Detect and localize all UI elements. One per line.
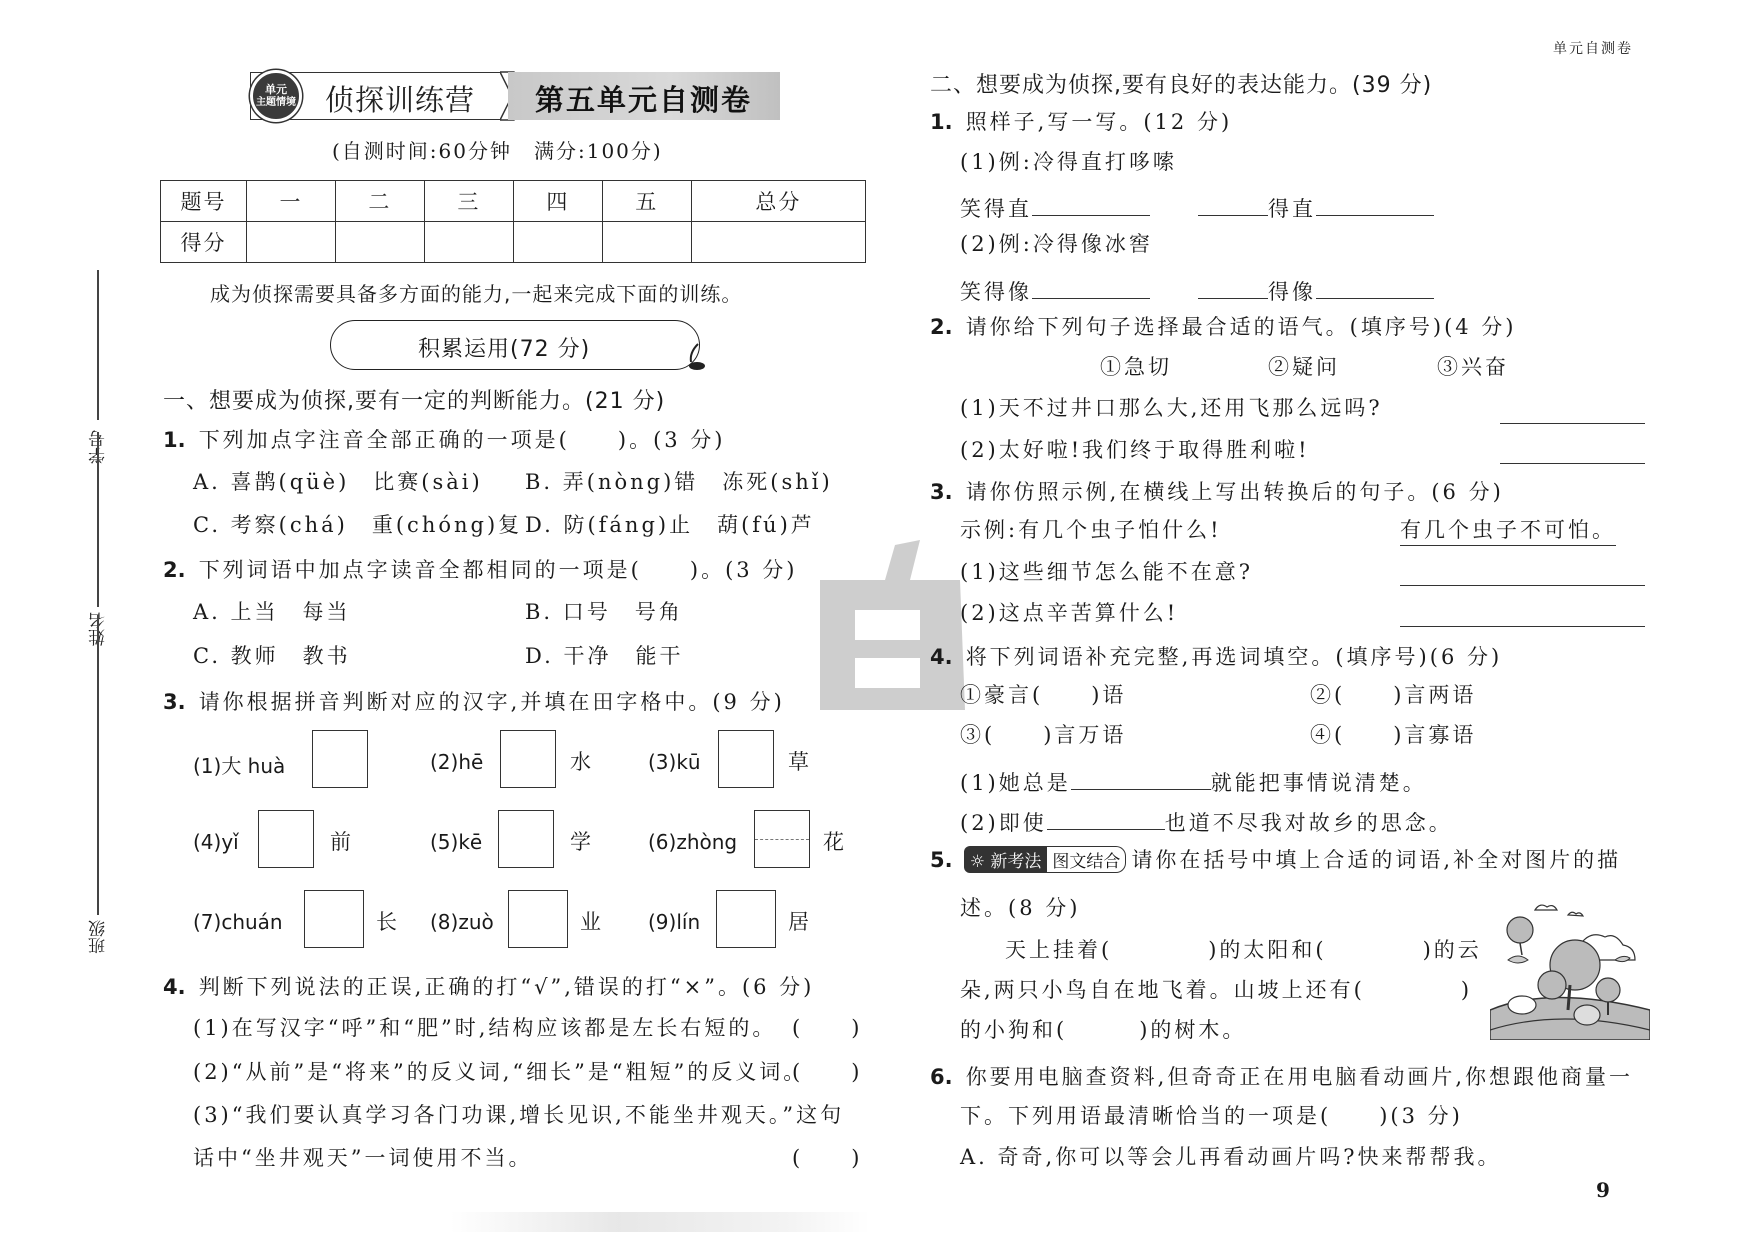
pinyin-item-7-suffix: 长: [376, 912, 400, 933]
pinyin-item-6: (6)zhòng: [648, 830, 737, 854]
p2-q2: 2. 请你给下列句子选择最合适的语气。(填序号)(4 分): [930, 315, 1517, 339]
question-number: 3.: [930, 480, 953, 504]
question-number: 1.: [163, 428, 186, 452]
pinyin-item-3-suffix: 草: [788, 752, 812, 773]
score-table-score-row: 得分: [161, 222, 866, 263]
score-header-cell: 二: [335, 181, 424, 222]
p1-q4-answer-2[interactable]: ( ): [792, 1062, 862, 1083]
pinyin-item-8: (8)zuò: [430, 910, 494, 934]
p2-q1-fill-row-2: 笑得像得像: [960, 275, 1434, 303]
p2-q2-answer-1[interactable]: [1500, 400, 1645, 424]
running-head: 单元自测卷: [1553, 38, 1633, 58]
p2-q6: 6. 你要用电脑查资料,但奇奇正在用电脑看动画片,你想跟他商量一: [930, 1065, 1633, 1089]
tianzi-box-4[interactable]: [258, 810, 314, 868]
p2-q5-para-1: 天上挂着( )的太阳和( )的云: [1005, 940, 1482, 961]
p2-q5-para-2: 朵,两只小鸟自在地飞着。山坡上还有( ): [960, 980, 1472, 1001]
tianzi-box-6[interactable]: [754, 810, 810, 868]
score-header-cell: 总分: [691, 181, 865, 222]
question-text: 请你仿照示例,在横线上写出转换后的句子。(6 分): [966, 480, 1504, 504]
pinyin-item-2: (2)hē: [430, 750, 483, 774]
p2-q5-text-cont: 述。(8 分): [960, 898, 1080, 919]
pinyin-item-6-suffix: 花: [823, 832, 847, 853]
p2-q1-fill-row-1: 笑得直得直: [960, 192, 1434, 220]
pinyin-item-4-suffix: 前: [330, 832, 354, 853]
question-number: 2.: [163, 558, 186, 582]
pinyin-item-9-suffix: 居: [788, 912, 812, 933]
score-table: 题号 一 二 三 四 五 总分 得分: [160, 180, 866, 263]
badge-line2: 主题情境: [253, 96, 299, 109]
exam-subtitle: (自测时间:60分钟 满分:100分): [332, 141, 663, 161]
tianzi-box-5[interactable]: [498, 810, 554, 868]
idiom-1[interactable]: ①豪言( )语: [960, 685, 1126, 706]
p2-q1-example-2: (2)例:冷得像冰窖: [960, 234, 1153, 255]
p2-q3-answer-1[interactable]: [1400, 562, 1645, 586]
question-text: 判断下列说法的正误,正确的打“√”,错误的打“×”。(6 分): [199, 975, 815, 999]
fill-blank[interactable]: [1032, 192, 1150, 216]
p1-q3: 3. 请你根据拼音判断对应的汉字,并填在田字格中。(9 分): [163, 690, 785, 714]
tone-choice-1: ①急切: [1100, 357, 1172, 378]
score-header-cell: 一: [247, 181, 336, 222]
score-cell[interactable]: [513, 222, 602, 263]
section-pill-label: 积累运用(72 分): [418, 332, 590, 363]
p2-q6-text-cont: 下。下列用语最清晰恰当的一项是( )(3 分): [960, 1106, 1463, 1127]
p2-q5: 5. ☼ 新考法图文结合 请你在括号中填上合适的词语,补全对图片的描: [930, 846, 1621, 873]
p2-q3: 3. 请你仿照示例,在横线上写出转换后的句子。(6 分): [930, 480, 1504, 504]
score-header-cell: 三: [424, 181, 513, 222]
name-line[interactable]: [97, 432, 99, 607]
tianzi-box-3[interactable]: [718, 730, 774, 788]
class-label: 班级: [86, 920, 111, 954]
question-number: 4.: [930, 645, 953, 669]
badge-line1: 单元: [253, 83, 299, 96]
question-number: 6.: [930, 1065, 953, 1089]
quill-icon: [682, 342, 708, 372]
idiom-4[interactable]: ④( )言寡语: [1310, 725, 1476, 746]
pinyin-item-9: (9)lín: [648, 910, 700, 934]
p2-q4-sentence-1: (1)她总是就能把事情说清楚。: [960, 766, 1427, 794]
pinyin-item-2-suffix: 水: [570, 752, 594, 773]
intro-text: 成为侦探需要具备多方面的能力,一起来完成下面的训练。: [210, 278, 742, 307]
p1-q1: 1. 下列加点字注音全部正确的一项是( )。(3 分): [163, 428, 726, 452]
sentence-prefix: (2)即使: [960, 811, 1047, 835]
p2-q3-answer-2[interactable]: [1400, 603, 1645, 627]
question-number: 1.: [930, 110, 953, 134]
fill-blank[interactable]: [1198, 275, 1268, 299]
p1-q1-option-d[interactable]: D. 防(fáng)止 葫(fú)芦: [525, 515, 815, 536]
p1-q1-option-b[interactable]: B. 弄(nòng)错 冻死(shǐ): [525, 472, 833, 493]
idiom-2[interactable]: ②( )言两语: [1310, 685, 1476, 706]
sentence-suffix: 也道不尽我对故乡的思念。: [1165, 811, 1453, 835]
score-cell[interactable]: [247, 222, 336, 263]
fill-prefix: 笑得像: [960, 280, 1032, 304]
scan-shadow: [450, 1212, 870, 1232]
p1-q2-option-c[interactable]: C. 教师 教书: [193, 646, 351, 667]
score-row-label: 得分: [161, 222, 247, 263]
page-number: 9: [1596, 1178, 1610, 1202]
question-text: 将下列词语补充完整,再选词填空。(填序号)(6 分): [966, 645, 1502, 669]
class-line[interactable]: [97, 615, 99, 915]
pinyin-item-8-suffix: 业: [580, 912, 604, 933]
p1-q4-answer-3[interactable]: ( ): [792, 1148, 862, 1169]
p1-q4: 4. 判断下列说法的正误,正确的打“√”,错误的打“×”。(6 分): [163, 975, 814, 999]
score-cell[interactable]: [602, 222, 691, 263]
fill-middle: 得直: [1268, 197, 1316, 221]
student-id-label: 学号: [86, 430, 111, 464]
pinyin-item-7: (7)chuán: [193, 910, 283, 934]
fill-middle: 得像: [1268, 280, 1316, 304]
idiom-3[interactable]: ③( )言万语: [960, 725, 1126, 746]
p2-q2-item-2: (2)太好啦!我们终于取得胜利啦!: [960, 440, 1310, 461]
pinyin-item-3: (3)kū: [648, 750, 701, 774]
tianzi-box-2[interactable]: [500, 730, 556, 788]
pinyin-item-1: (1)大 huà: [193, 750, 285, 779]
question-text: 下列词语中加点字读音全都相同的一项是( )。(3 分): [199, 558, 798, 582]
p1-q2-option-d[interactable]: D. 干净 能干: [525, 646, 683, 667]
tag-new-method: 新考法: [990, 852, 1041, 872]
lightbulb-icon-tag: ☼ 新考法: [964, 846, 1048, 873]
part2-heading: 二、想要成为侦探,要有良好的表达能力。(39 分): [930, 68, 1432, 99]
fill-blank[interactable]: [1071, 766, 1211, 790]
tone-choice-2: ②疑问: [1268, 357, 1340, 378]
score-header-cell: 题号: [161, 181, 247, 222]
score-cell[interactable]: [335, 222, 424, 263]
score-header-cell: 五: [602, 181, 691, 222]
fill-blank[interactable]: [1198, 192, 1268, 216]
p1-q2-option-a[interactable]: A. 上当 每当: [193, 602, 351, 623]
p1-q4-item-3-cont: 话中“坐井观天”一词使用不当。: [193, 1148, 532, 1169]
question-number: 5.: [930, 848, 953, 872]
p2-q1-example-1: (1)例:冷得直打哆嗦: [960, 152, 1177, 173]
pinyin-item-4: (4)yǐ: [193, 830, 239, 854]
fill-blank[interactable]: [1047, 806, 1165, 830]
p2-q3-item-1: (1)这些细节怎么能不在意?: [960, 562, 1253, 583]
question-number: 2.: [930, 315, 953, 339]
hillside-illustration: [1490, 890, 1650, 1040]
tianzi-box-7[interactable]: [304, 890, 364, 948]
p1-q4-answer-1[interactable]: ( ): [792, 1018, 862, 1039]
p1-q4-item-2: (2)“从前”是“将来”的反义词,“细长”是“粗短”的反义词。: [193, 1062, 807, 1083]
theme-title: 侦探训练营: [325, 78, 475, 119]
sentence-prefix: (1)她总是: [960, 771, 1071, 795]
question-text: 请你给下列句子选择最合适的语气。(填序号)(4 分): [966, 315, 1517, 339]
tianzi-box-8[interactable]: [508, 890, 568, 948]
student-id-line[interactable]: [97, 270, 99, 420]
name-label: 姓名: [86, 612, 111, 646]
fill-blank[interactable]: [1316, 275, 1434, 299]
question-text: 请你根据拼音判断对应的汉字,并填在田字格中。(9 分): [199, 690, 785, 714]
score-cell[interactable]: [424, 222, 513, 263]
tianzi-box-9[interactable]: [716, 890, 776, 948]
p2-q3-item-2: (2)这点辛苦算什么!: [960, 603, 1178, 624]
fill-blank[interactable]: [1032, 275, 1150, 299]
part1-heading: 一、想要成为侦探,要有一定的判断能力。(21 分): [163, 384, 665, 415]
p2-q2-answer-2[interactable]: [1500, 440, 1645, 464]
score-header-cell: 四: [513, 181, 602, 222]
fill-blank[interactable]: [1316, 192, 1434, 216]
sentence-suffix: 就能把事情说清楚。: [1211, 771, 1427, 795]
pinyin-item-5-suffix: 学: [570, 832, 594, 853]
fill-prefix: 笑得直: [960, 197, 1032, 221]
new-method-tag: ☼ 新考法图文结合: [964, 852, 1127, 871]
unit-theme-badge: 单元 主题情境: [250, 70, 302, 122]
p2-q1: 1. 照样子,写一写。(12 分): [930, 110, 1232, 134]
question-text: 下列加点字注音全部正确的一项是( )。(3 分): [199, 428, 726, 452]
p2-q5-para-3: 的小狗和( )的树木。: [960, 1020, 1246, 1041]
score-cell[interactable]: [691, 222, 865, 263]
p2-q3-example: 示例:有几个虫子怕什么!: [960, 520, 1222, 541]
score-table-header-row: 题号 一 二 三 四 五 总分: [161, 181, 866, 222]
watermark-icon: [800, 540, 970, 720]
question-text: 照样子,写一写。(12 分): [966, 110, 1232, 134]
pinyin-item-5: (5)kē: [430, 830, 482, 854]
question-number: 4.: [163, 975, 186, 999]
question-number: 3.: [163, 690, 186, 714]
question-text: 请你在括号中填上合适的词语,补全对图片的描: [1131, 848, 1621, 872]
tianzi-box-1[interactable]: [312, 730, 368, 788]
tone-choice-3: ③兴奋: [1437, 357, 1509, 378]
p1-q1-option-c[interactable]: C. 考察(chá) 重(chóng)复: [193, 515, 522, 536]
p2-q4-sentence-2: (2)即使也道不尽我对故乡的思念。: [960, 806, 1453, 834]
p1-q2: 2. 下列词语中加点字读音全都相同的一项是( )。(3 分): [163, 558, 798, 582]
tag-image-text: 图文结合: [1047, 846, 1126, 873]
page-title: 第五单元自测卷: [535, 78, 752, 119]
p1-q4-item-1: (1)在写汉字“呼”和“肥”时,结构应该都是左长右短的。: [193, 1018, 776, 1039]
p2-q2-item-1: (1)天不过井口那么大,还用飞那么远吗?: [960, 398, 1383, 419]
p1-q1-option-a[interactable]: A. 喜鹊(qüè) 比赛(sài): [193, 472, 483, 493]
question-text: 你要用电脑查资料,但奇奇正在用电脑看动画片,你想跟他商量一: [966, 1065, 1633, 1089]
p1-q2-option-b[interactable]: B. 口号 号角: [525, 602, 683, 623]
p2-q4: 4. 将下列词语补充完整,再选词填空。(填序号)(6 分): [930, 645, 1502, 669]
p2-q6-option-a[interactable]: A. 奇奇,你可以等会儿再看动画片吗?快来帮帮我。: [960, 1147, 1501, 1168]
p1-q4-item-3: (3)“我们要认真学习各门功课,增长见识,不能坐井观天。”这句: [193, 1105, 844, 1126]
p2-q3-example-answer: 有几个虫子不可怕。: [1400, 520, 1616, 546]
